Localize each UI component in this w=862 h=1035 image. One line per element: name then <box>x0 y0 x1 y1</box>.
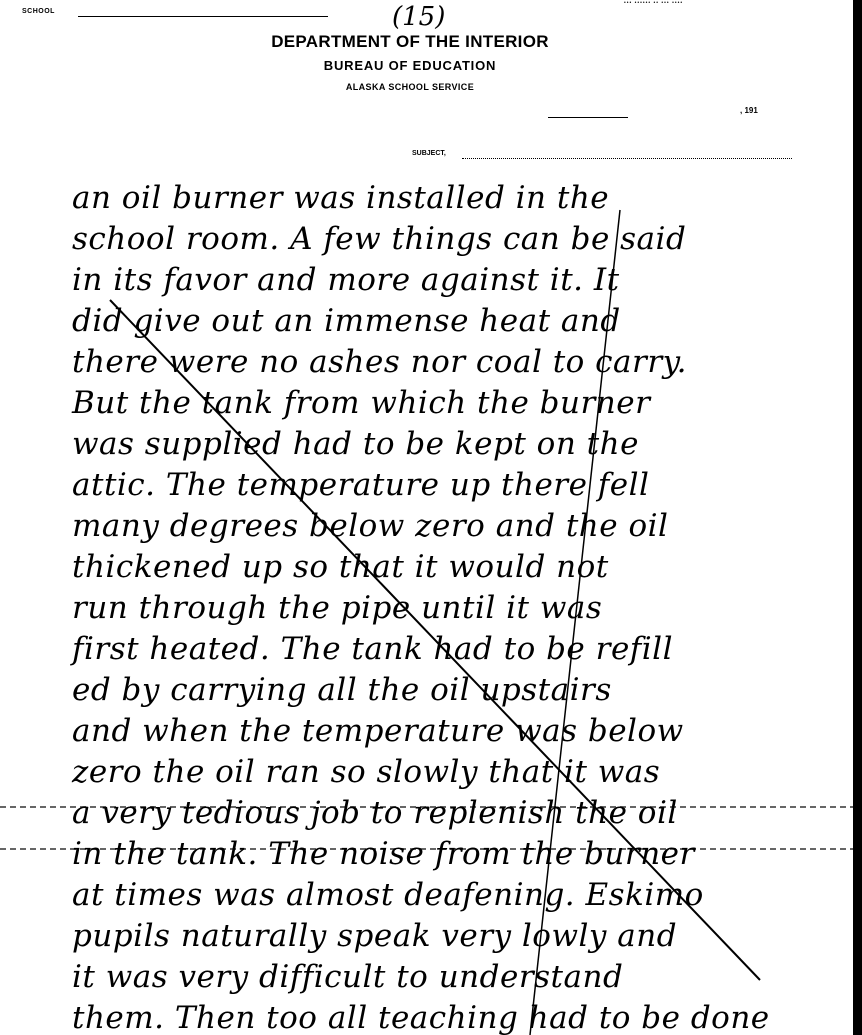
text-line: thickened up so that it would not <box>72 547 832 588</box>
school-label: SCHOOL <box>22 8 55 15</box>
scan-artifact <box>0 848 862 850</box>
date-field-line <box>548 117 628 118</box>
text-line: zero the oil ran so slowly that it was <box>72 752 832 793</box>
text-line: there were no ashes nor coal to carry. <box>72 342 832 383</box>
text-line: a very tedious job to replenish the oil <box>72 793 832 834</box>
text-line: and when the temperature was below <box>72 711 832 752</box>
text-line: at times was almost deafening. Eskimo <box>72 875 832 916</box>
text-line: them. Then too all teaching had to be do… <box>72 998 832 1035</box>
document-page: ••• •••••• •• ••• •••• SCHOOL (15) DEPAR… <box>0 0 862 1035</box>
service-heading: ALASKA SCHOOL SERVICE <box>0 82 820 92</box>
text-line: pupils naturally speak very lowly and <box>72 916 832 957</box>
text-line: ed by carrying all the oil upstairs <box>72 670 832 711</box>
text-line: many degrees below zero and the oil <box>72 506 832 547</box>
subject-field-line <box>462 158 792 159</box>
text-line: did give out an immense heat and <box>72 301 832 342</box>
school-field-line <box>78 16 328 17</box>
text-line: attic. The temperature up there fell <box>72 465 832 506</box>
page-number: (15) <box>392 2 445 32</box>
text-line: first heated. The tank had to be refill <box>72 629 832 670</box>
text-line: run through the pipe until it was <box>72 588 832 629</box>
handwritten-text: an oil burner was installed in the schoo… <box>72 178 832 1035</box>
department-heading: DEPARTMENT OF THE INTERIOR <box>0 32 820 52</box>
bureau-heading: BUREAU OF EDUCATION <box>0 58 820 73</box>
text-line: it was very difficult to understand <box>72 957 832 998</box>
scan-edge <box>853 0 862 1035</box>
printer-marks: ••• •••••• •• ••• •••• <box>624 0 683 6</box>
text-line: an oil burner was installed in the <box>72 178 832 219</box>
subject-label: SUBJECT, <box>412 150 446 157</box>
date-year: , 191 <box>740 106 758 115</box>
text-line: But the tank from which the burner <box>72 383 832 424</box>
text-line: school room. A few things can be said <box>72 219 832 260</box>
text-line: in its favor and more against it. It <box>72 260 832 301</box>
scan-artifact <box>0 806 862 808</box>
text-line: in the tank. The noise from the burner <box>72 834 832 875</box>
text-line: was supplied had to be kept on the <box>72 424 832 465</box>
